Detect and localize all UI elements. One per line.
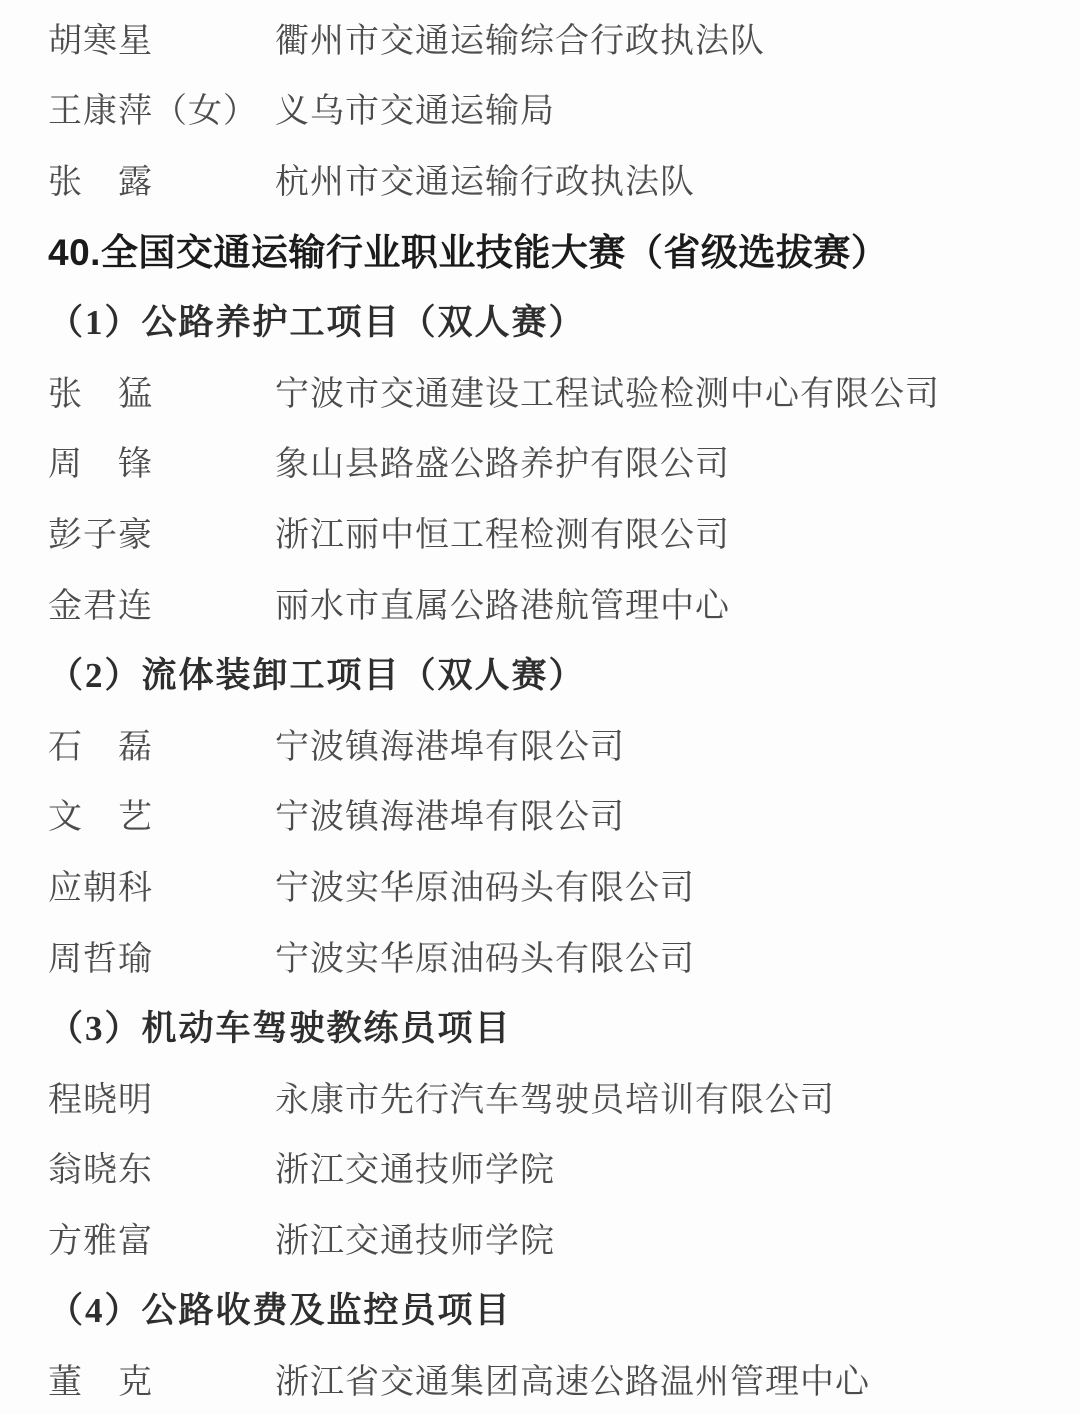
entry-name: 王康萍（女） — [48, 83, 275, 132]
entry-organization: 象山县路盛公路养护有限公司 — [275, 436, 730, 485]
document-page: 胡寒星 衢州市交通运输综合行政执法队 王康萍（女） 义乌市交通运输局 张 露 杭… — [0, 0, 1080, 1414]
entry-name: 胡寒星 — [48, 13, 275, 62]
award-entry-row: 文 艺 宁波镇海港埠有限公司 — [48, 779, 1050, 850]
entry-name: 应朝科 — [48, 860, 275, 909]
award-entry-row: 应朝科 宁波实华原油码头有限公司 — [48, 849, 1050, 920]
section-heading-text: 40.全国交通运输行业职业技能大赛（省级选拔赛） — [48, 222, 888, 276]
award-entry-row: 张 露 杭州市交通运输行政执法队 — [48, 143, 1050, 214]
award-list: 胡寒星 衢州市交通运输综合行政执法队 王康萍（女） 义乌市交通运输局 张 露 杭… — [48, 2, 1050, 1414]
award-entry-row: 程晓明 永康市先行汽车驾驶员培训有限公司 — [48, 1061, 1050, 1132]
subsection-heading-text: （4）公路收费及监控员项目 — [48, 1283, 512, 1333]
entry-name: 程晓明 — [48, 1072, 275, 1121]
entry-name: 文 艺 — [48, 789, 275, 838]
award-entry-row: 张 猛 宁波市交通建设工程试验检测中心有限公司 — [48, 355, 1050, 426]
award-entry-row: 翁晓东 浙江交通技师学院 — [48, 1132, 1050, 1203]
award-entry-row: 董 克 浙江省交通集团高速公路温州管理中心 — [48, 1343, 1050, 1414]
entry-name: 张 猛 — [48, 366, 275, 415]
entry-name: 彭子豪 — [48, 507, 275, 556]
entry-name: 翁晓东 — [48, 1142, 275, 1191]
award-entry-row: 彭子豪 浙江丽中恒工程检测有限公司 — [48, 496, 1050, 567]
entry-name: 石 磊 — [48, 719, 275, 768]
entry-organization: 宁波镇海港埠有限公司 — [275, 719, 625, 768]
section-heading: 40.全国交通运输行业职业技能大赛（省级选拔赛） — [48, 214, 1050, 285]
award-entry-row: 胡寒星 衢州市交通运输综合行政执法队 — [48, 2, 1050, 73]
entry-organization: 永康市先行汽车驾驶员培训有限公司 — [275, 1072, 835, 1121]
entry-organization: 宁波市交通建设工程试验检测中心有限公司 — [275, 366, 940, 415]
entry-name: 周哲瑜 — [48, 931, 275, 980]
subsection-heading-text: （3）机动车驾驶教练员项目 — [48, 1001, 512, 1051]
entry-name: 方雅富 — [48, 1213, 275, 1262]
entry-organization: 浙江交通技师学院 — [275, 1213, 555, 1262]
award-entry-row: 王康萍（女） 义乌市交通运输局 — [48, 73, 1050, 144]
entry-name: 金君连 — [48, 578, 275, 627]
entry-organization: 杭州市交通运输行政执法队 — [275, 154, 695, 203]
subsection-heading: （3）机动车驾驶教练员项目 — [48, 990, 1050, 1061]
entry-organization: 衢州市交通运输综合行政执法队 — [275, 13, 765, 62]
entry-organization: 宁波镇海港埠有限公司 — [275, 789, 625, 838]
entry-organization: 义乌市交通运输局 — [275, 83, 555, 132]
entry-organization: 宁波实华原油码头有限公司 — [275, 931, 695, 980]
award-entry-row: 金君连 丽水市直属公路港航管理中心 — [48, 567, 1050, 638]
entry-organization: 宁波实华原油码头有限公司 — [275, 860, 695, 909]
award-entry-row: 方雅富 浙江交通技师学院 — [48, 1202, 1050, 1273]
subsection-heading: （4）公路收费及监控员项目 — [48, 1273, 1050, 1344]
subsection-heading-text: （1）公路养护工项目（双人赛） — [48, 295, 586, 345]
subsection-heading-text: （2）流体装卸工项目（双人赛） — [48, 648, 586, 698]
entry-organization: 丽水市直属公路港航管理中心 — [275, 578, 730, 627]
subsection-heading: （2）流体装卸工项目（双人赛） — [48, 637, 1050, 708]
entry-organization: 浙江省交通集团高速公路温州管理中心 — [275, 1354, 870, 1403]
subsection-heading: （1）公路养护工项目（双人赛） — [48, 284, 1050, 355]
entry-name: 周 锋 — [48, 436, 275, 485]
award-entry-row: 周哲瑜 宁波实华原油码头有限公司 — [48, 920, 1050, 991]
award-entry-row: 石 磊 宁波镇海港埠有限公司 — [48, 708, 1050, 779]
entry-organization: 浙江交通技师学院 — [275, 1142, 555, 1191]
entry-name: 董 克 — [48, 1354, 275, 1403]
entry-organization: 浙江丽中恒工程检测有限公司 — [275, 507, 730, 556]
entry-name: 张 露 — [48, 154, 275, 203]
award-entry-row: 周 锋 象山县路盛公路养护有限公司 — [48, 426, 1050, 497]
